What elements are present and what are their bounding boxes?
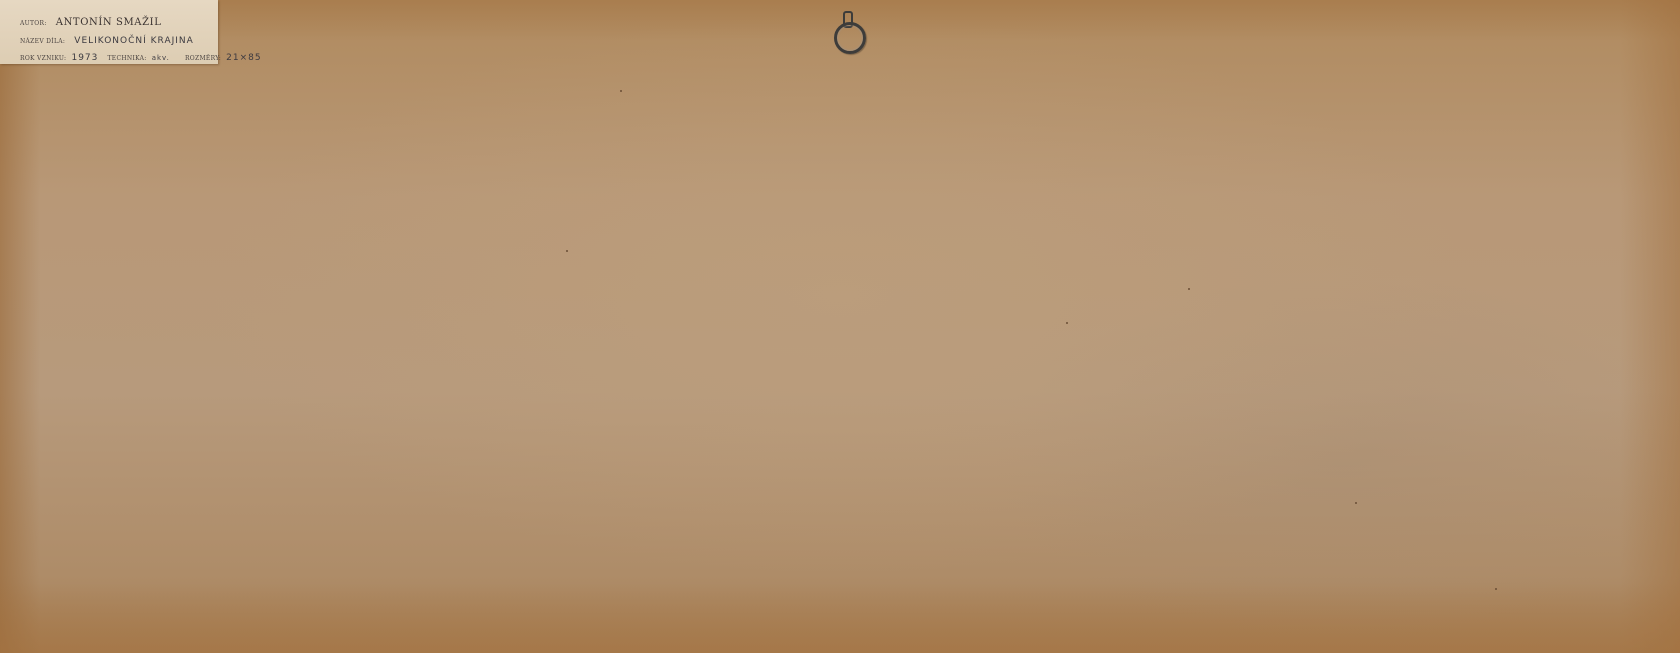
frame-edge-right: [1620, 0, 1680, 653]
frame-edge-left: [0, 0, 40, 653]
paper-speck: [1495, 588, 1497, 590]
author-caption: Autor:: [20, 20, 47, 27]
paper-speck: [1188, 288, 1190, 290]
artwork-label: Autor: Antonín Smažil Název díla: Veliko…: [0, 0, 218, 64]
kraft-paper-backing: [0, 0, 1680, 653]
dimensions-caption: Rozměry:: [185, 55, 221, 62]
author-name: Antonín Smažil: [56, 17, 162, 28]
dimensions-value: 21×85: [226, 53, 261, 63]
title-caption: Název díla:: [20, 38, 65, 45]
year-caption: Rok vzniku:: [20, 55, 66, 62]
paper-speck: [566, 250, 568, 252]
paper-speck: [620, 90, 622, 92]
paper-speck: [1066, 322, 1068, 324]
hanging-ring-icon: [834, 22, 866, 54]
technique-caption: Technika:: [107, 55, 146, 62]
frame-edge-bottom: [0, 583, 1680, 653]
year-value: 1973: [71, 53, 98, 63]
technique-value: akv.: [152, 54, 170, 62]
paper-speck: [1355, 502, 1357, 504]
